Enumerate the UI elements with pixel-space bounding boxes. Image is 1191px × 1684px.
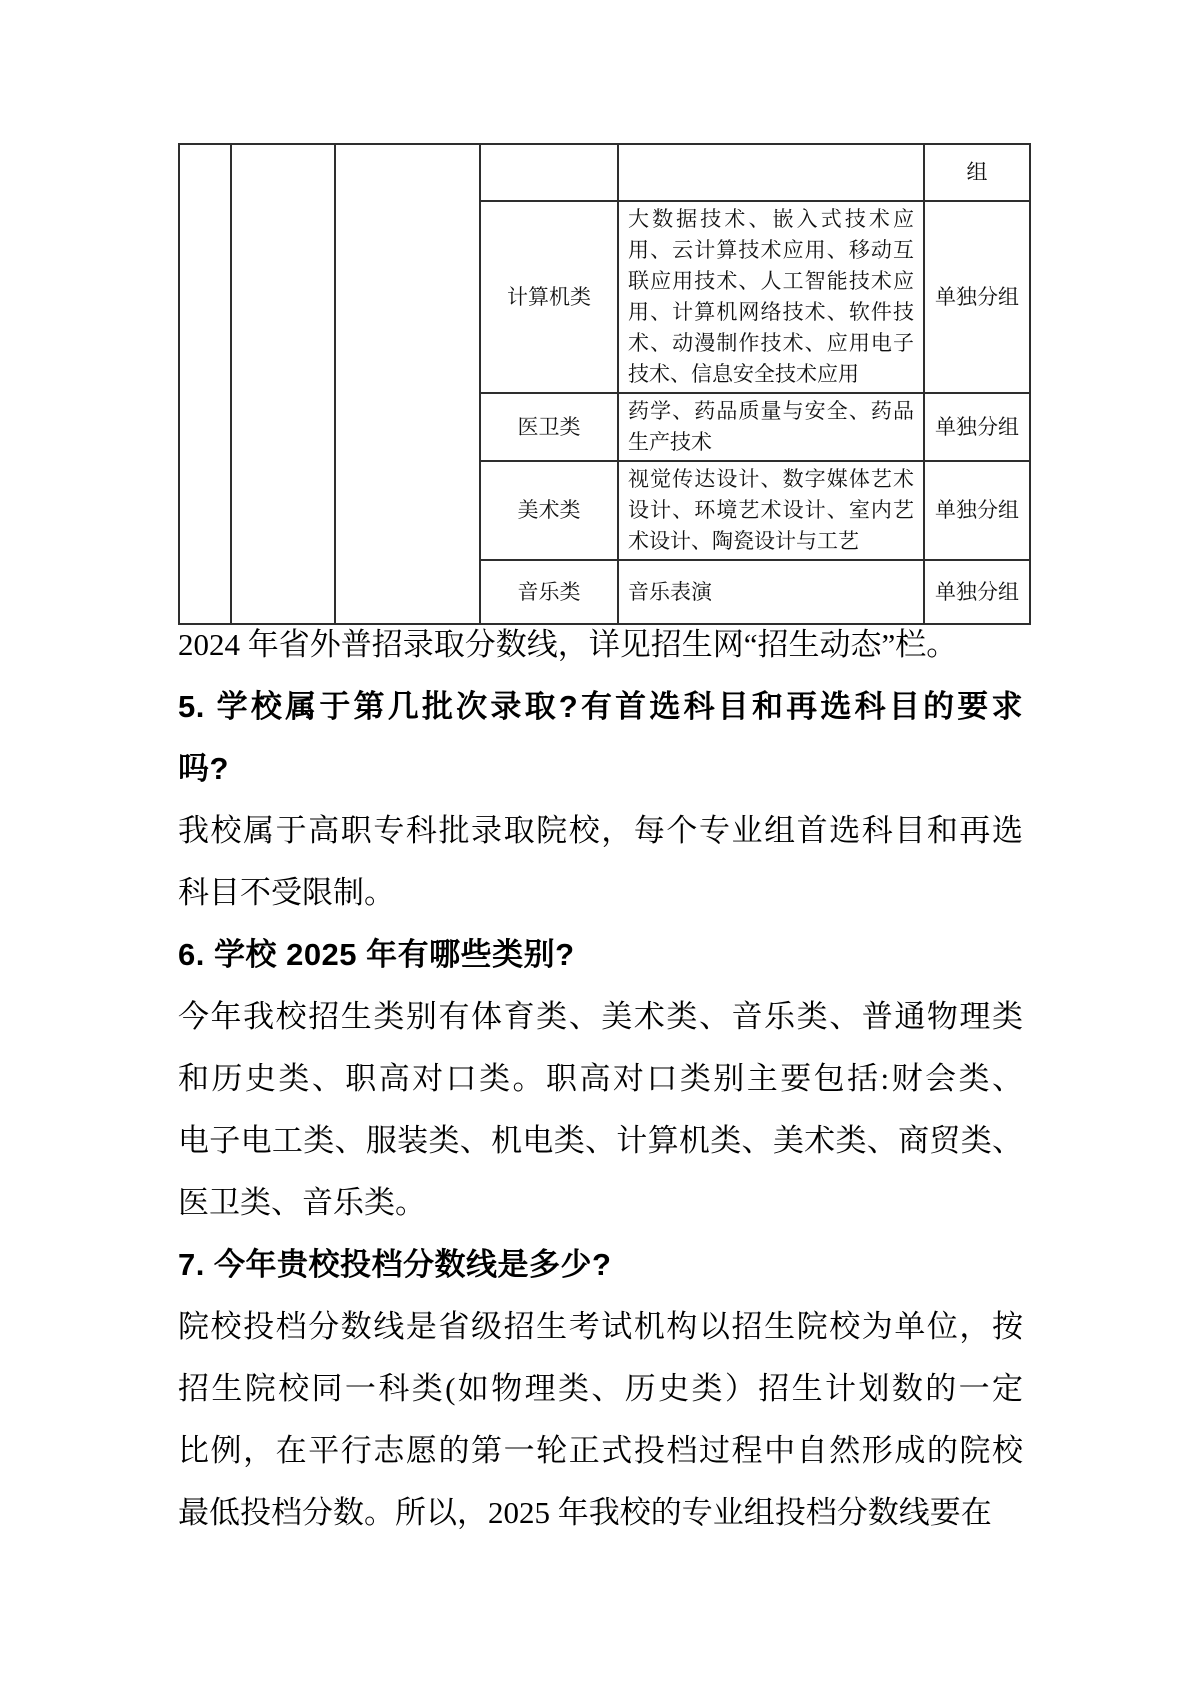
empty-cell-col3: [335, 144, 480, 624]
question-5-heading-line-1: 5. 学校属于第几批次录取?有首选科目和再选科目的要求: [178, 676, 1023, 738]
category-cell: 美术类: [480, 461, 618, 560]
grouping-cell: 单独分组: [924, 461, 1030, 560]
empty-cell-col2: [231, 144, 335, 624]
document-text: 2024 年省外普招录取分数线，详见招生网“招生动态”栏。 5. 学校属于第几批…: [178, 614, 1023, 1544]
answer-5-line-2: 科目不受限制。: [178, 862, 1023, 924]
question-7-heading: 7. 今年贵校投档分数线是多少?: [178, 1234, 1023, 1296]
note-after-table: 2024 年省外普招录取分数线，详见招生网“招生动态”栏。: [178, 614, 1023, 676]
grouping-cell: 单独分组: [924, 393, 1030, 461]
question-6-heading: 6. 学校 2025 年有哪些类别?: [178, 924, 1023, 986]
answer-7-line-1: 院校投档分数线是省级招生考试机构以招生院校为单位，按: [178, 1296, 1023, 1358]
answer-6-line-2: 和历史类、职高对口类。职高对口类别主要包括:财会类、: [178, 1048, 1023, 1110]
empty-cell-col1: [179, 144, 231, 624]
answer-6-line-3: 电子电工类、服装类、机电类、计算机类、美术类、商贸类、: [178, 1110, 1023, 1172]
majors-cell: 药学、药品质量与安全、药品生产技术: [618, 393, 924, 461]
majors-cell: 大数据技术、嵌入式技术应用、云计算技术应用、移动互联应用技术、人工智能技术应用、…: [618, 201, 924, 393]
majors-cell: [618, 144, 924, 201]
answer-6-line-1: 今年我校招生类别有体育类、美术类、音乐类、普通物理类: [178, 986, 1023, 1048]
question-5-heading-line-2: 吗?: [178, 738, 1023, 800]
answer-5-line-1: 我校属于高职专科批录取院校，每个专业组首选科目和再选: [178, 800, 1023, 862]
category-cell: [480, 144, 618, 201]
admissions-categories-table: 组 计算机类 大数据技术、嵌入式技术应用、云计算技术应用、移动互联应用技术、人工…: [178, 143, 1031, 625]
document-page: { "page": { "background_color": "#ffffff…: [0, 0, 1191, 1684]
majors-cell: 视觉传达设计、数字媒体艺术设计、环境艺术设计、室内艺术设计、陶瓷设计与工艺: [618, 461, 924, 560]
table-row-continuation: 组: [179, 144, 1030, 201]
answer-7-line-4: 最低投档分数。所以，2025 年我校的专业组投档分数线要在: [178, 1482, 1023, 1544]
answer-6-line-4: 医卫类、音乐类。: [178, 1172, 1023, 1234]
grouping-cell: 单独分组: [924, 201, 1030, 393]
answer-7-line-2: 招生院校同一科类(如物理类、历史类）招生计划数的一定: [178, 1358, 1023, 1420]
category-cell: 计算机类: [480, 201, 618, 393]
category-cell: 医卫类: [480, 393, 618, 461]
answer-7-line-3: 比例，在平行志愿的第一轮正式投档过程中自然形成的院校: [178, 1420, 1023, 1482]
grouping-cell: 组: [924, 144, 1030, 201]
